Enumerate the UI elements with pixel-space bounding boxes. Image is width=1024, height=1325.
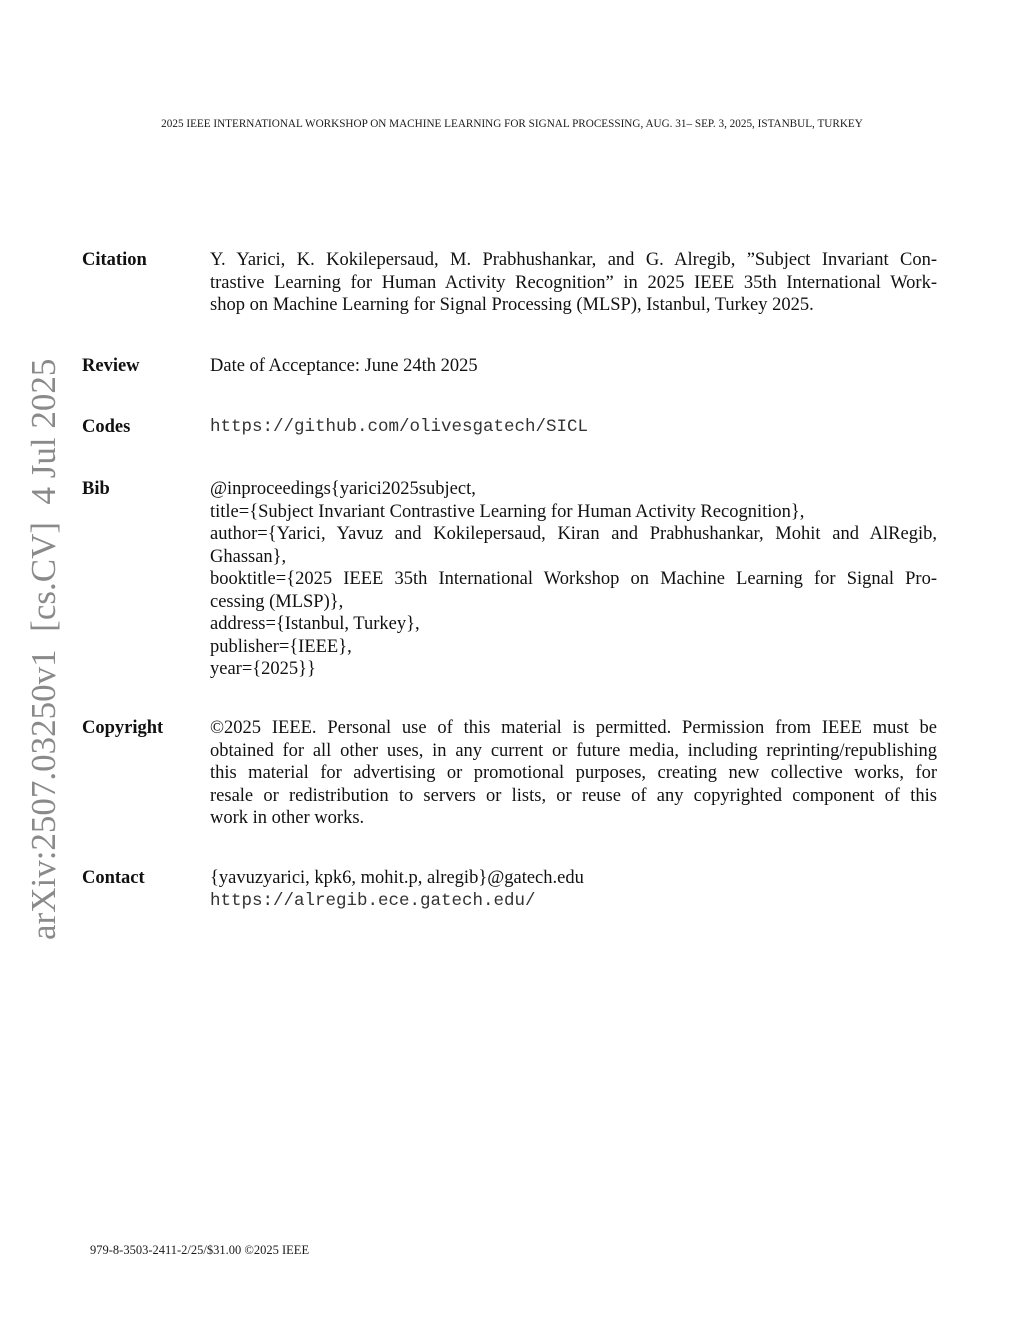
bib-line: booktitle={2025 IEEE 35th International … [210, 568, 937, 591]
bib-line: publisher={IEEE}, [210, 636, 937, 659]
copyright-text: ©2025 IEEE. Personal use of this materia… [210, 717, 937, 830]
review-text: Date of Acceptance: June 24th 2025 [210, 355, 937, 378]
copyright-line: ©2025 IEEE. Personal use of this materia… [210, 717, 937, 740]
contact-emails: {yavuzyarici, kpk6, mohit.p, alregib}@ga… [210, 867, 937, 890]
acceptance-date: Date of Acceptance: June 24th 2025 [210, 355, 937, 378]
footer-copyright: 979-8-3503-2411-2/25/$31.00 ©2025 IEEE [90, 1243, 309, 1258]
arxiv-side-stamp: arXiv:2507.03250v1 [cs.CV] 4 Jul 2025 [26, 380, 61, 940]
citation-text: Y. Yarici, K. Kokilepersaud, M. Prabhush… [210, 249, 937, 317]
citation-line: trastive Learning for Human Activity Rec… [210, 272, 937, 295]
bib-line: address={Istanbul, Turkey}, [210, 613, 937, 636]
contact-label: Contact [82, 867, 145, 890]
bib-line: author={Yarici, Yavuz and Kokilepersaud,… [210, 523, 937, 546]
copyright-label: Copyright [82, 717, 163, 740]
bib-line: cessing (MLSP)}, [210, 591, 937, 614]
copyright-line: obtained for all other uses, in any curr… [210, 740, 937, 763]
bibtex-entry: @inproceedings{yarici2025subject, title=… [210, 478, 937, 681]
citation-line: Y. Yarici, K. Kokilepersaud, M. Prabhush… [210, 249, 937, 272]
codes-label: Codes [82, 416, 130, 439]
bib-line: year={2025}} [210, 658, 937, 681]
bib-line: Ghassan}, [210, 546, 937, 569]
citation-line: shop on Machine Learning for Signal Proc… [210, 294, 937, 317]
copyright-line: resale or redistribution to servers or l… [210, 785, 937, 808]
code-repo-link[interactable]: https://github.com/olivesgatech/SICL [210, 416, 937, 439]
contact-info: {yavuzyarici, kpk6, mohit.p, alregib}@ga… [210, 867, 937, 912]
bib-label: Bib [82, 478, 110, 501]
bib-line: @inproceedings{yarici2025subject, [210, 478, 937, 501]
citation-label: Citation [82, 249, 147, 272]
lab-website-link[interactable]: https://alregib.ece.gatech.edu/ [210, 890, 937, 913]
copyright-line: work in other works. [210, 807, 937, 830]
codes-text: https://github.com/olivesgatech/SICL [210, 416, 937, 439]
review-label: Review [82, 355, 140, 378]
running-head: 2025 IEEE INTERNATIONAL WORKSHOP ON MACH… [0, 118, 1024, 130]
bib-line: title={Subject Invariant Contrastive Lea… [210, 501, 937, 524]
copyright-line: this material for advertising or promoti… [210, 762, 937, 785]
